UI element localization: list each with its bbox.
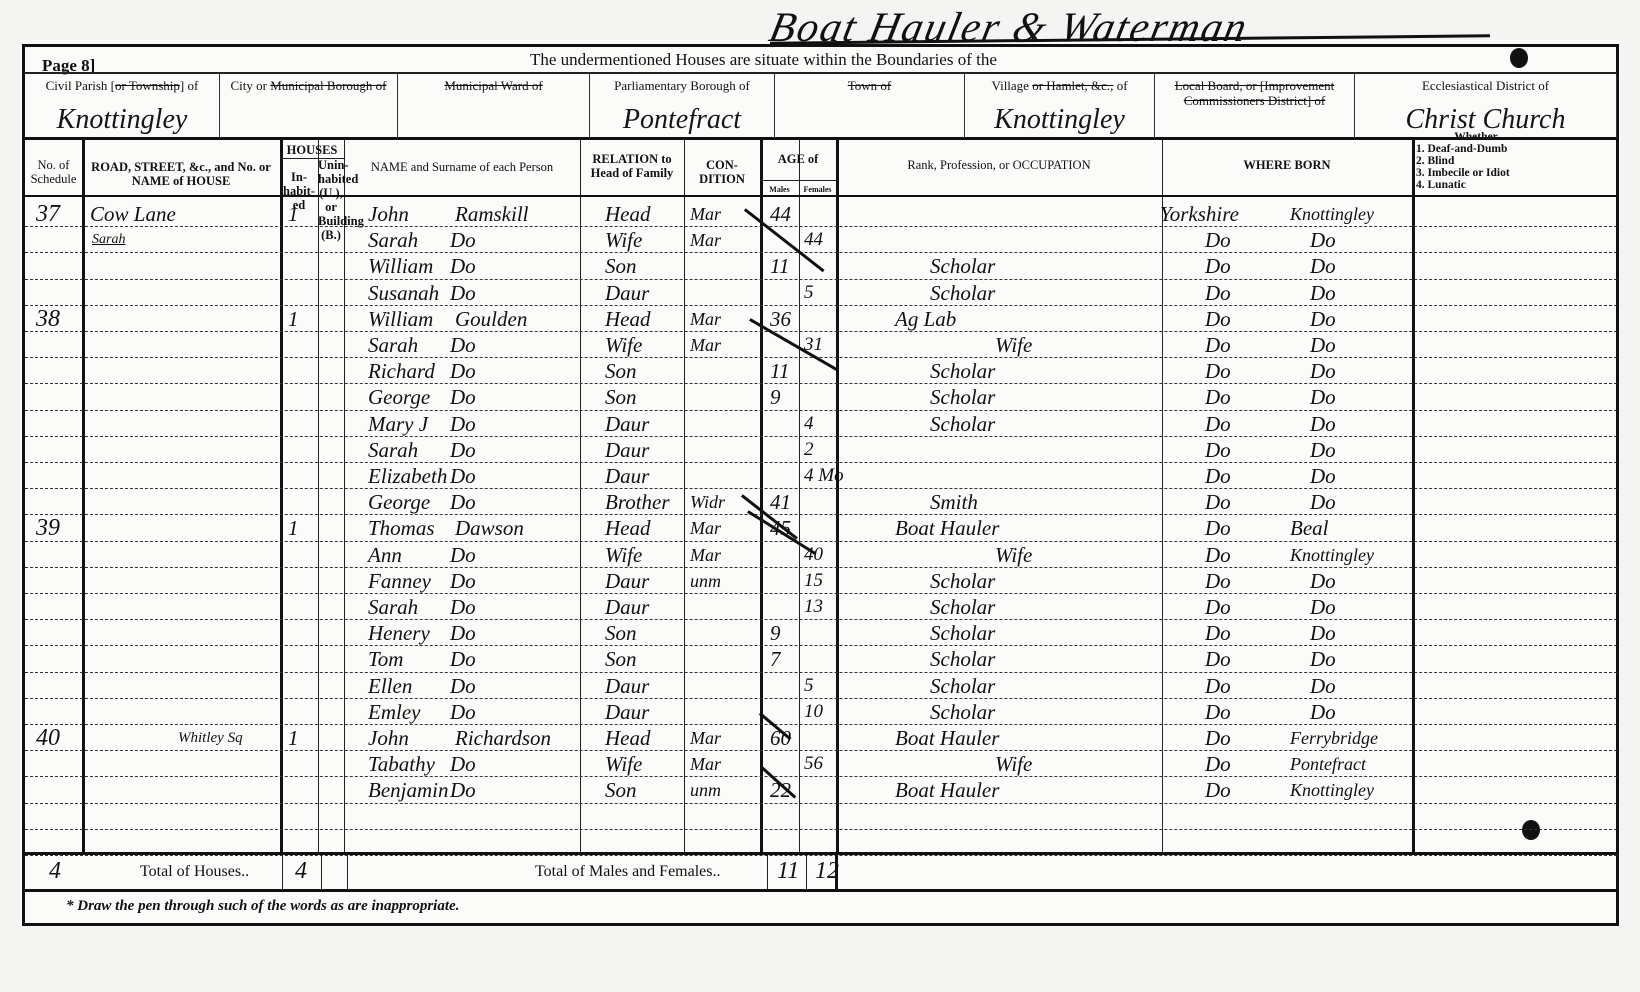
col-header-schedule: No. of Schedule	[25, 158, 82, 186]
cell-surname: Goulden	[455, 307, 527, 331]
cell-age-male: 11	[770, 359, 789, 383]
cell-age-male: 36	[770, 307, 791, 331]
cell-first-name: Tabathy	[368, 752, 435, 776]
row-rule	[25, 226, 1617, 227]
cell-age-female: 44	[804, 228, 823, 252]
cell-surname: Do	[450, 438, 476, 462]
cell-occupation: Boat Hauler	[895, 778, 999, 802]
cell-born-place: Ferrybridge	[1290, 726, 1378, 750]
totals-divider	[347, 855, 348, 889]
cell-surname: Do	[450, 569, 476, 593]
struck-text: Local Board, or [Improvement Commissione…	[1175, 78, 1335, 108]
cell-relation: Son	[605, 359, 637, 383]
row-rule	[25, 410, 1617, 411]
column-rule	[280, 140, 283, 852]
cell-born-county: Do	[1205, 778, 1231, 802]
cell-born-place: Knottingley	[1290, 778, 1374, 802]
cell-first-name: Tom	[368, 647, 403, 671]
boundary-label: Municipal Ward of	[398, 74, 589, 93]
cell-first-name: Sarah	[368, 228, 418, 252]
cell-born-county: Do	[1205, 543, 1231, 567]
boundary-label: City or Municipal Borough of	[220, 74, 397, 93]
cell-first-name: Mary J	[368, 412, 428, 436]
boundaries-row: Civil Parish [or Township] ofKnottingley…	[25, 72, 1617, 140]
cell-born-county: Do	[1205, 726, 1231, 750]
cell-born-place: Do	[1310, 621, 1336, 645]
cell-inhabited: 1	[288, 726, 299, 750]
cell-born-county: Do	[1205, 621, 1231, 645]
cell-condition: Mar	[690, 228, 721, 252]
cell-relation: Head	[605, 202, 651, 226]
totals-divider	[806, 855, 807, 889]
cell-first-name: Ann	[368, 543, 402, 567]
footnote: * Draw the pen through such of the words…	[66, 898, 459, 915]
cell-born-place: Knottingley	[1290, 543, 1374, 567]
boundary-cell: Civil Parish [or Township] ofKnottingley	[25, 74, 220, 138]
cell-born-place: Do	[1310, 490, 1336, 514]
cell-occupation: Scholar	[930, 254, 995, 278]
infirmity-item: 4. Lunatic	[1416, 179, 1616, 191]
col-header-houses: HOUSES	[280, 143, 344, 157]
cell-inhabited: 1	[288, 307, 299, 331]
column-rule	[836, 140, 839, 852]
cell-surname: Do	[450, 778, 476, 802]
cell-born-place: Do	[1310, 569, 1336, 593]
cell-schedule: 37	[36, 202, 60, 226]
row-rule	[25, 279, 1617, 280]
boundary-label: Town of	[775, 74, 964, 93]
cell-age-male: 9	[770, 385, 781, 409]
cell-first-name: John	[368, 726, 409, 750]
cell-born-place: Do	[1310, 359, 1336, 383]
totals-divider	[282, 855, 283, 889]
struck-text: Municipal Borough of	[270, 78, 386, 93]
cell-born-county: Do	[1205, 490, 1231, 514]
cell-age-female: 4	[804, 412, 814, 436]
row-rule	[25, 593, 1617, 594]
cell-relation: Daur	[605, 412, 649, 436]
row-rule	[25, 541, 1617, 542]
row-rule	[25, 645, 1617, 646]
cell-first-name: Benjamin	[368, 778, 448, 802]
boundaries-banner: The undermentioned Houses are situate wi…	[530, 50, 997, 70]
cell-born-county: Do	[1205, 359, 1231, 383]
column-rule	[799, 140, 800, 852]
total-persons-label: Total of Males and Females..	[535, 863, 721, 881]
cell-surname: Do	[450, 752, 476, 776]
cell-first-name: Ellen	[368, 674, 412, 698]
cell-born-county: Do	[1205, 464, 1231, 488]
cell-condition: Mar	[690, 516, 721, 540]
cell-born-county: Do	[1205, 674, 1231, 698]
cell-condition: Mar	[690, 726, 721, 750]
cell-first-name: George	[368, 490, 430, 514]
cell-born-place: Knottingley	[1290, 202, 1374, 226]
cell-condition: Mar	[690, 752, 721, 776]
cell-relation: Daur	[605, 595, 649, 619]
boundary-cell: Ecclesiastical District ofChrist Church	[1355, 74, 1617, 138]
cell-born-place: Beal	[1290, 516, 1328, 540]
cell-condition: Mar	[690, 202, 721, 226]
cell-born-county: Do	[1205, 385, 1231, 409]
cell-condition: unm	[690, 778, 721, 802]
col-header-relation: RELATION to Head of Family	[580, 152, 684, 180]
cell-age-male: 7	[770, 647, 781, 671]
boundary-value: Knottingley	[965, 104, 1154, 136]
cell-surname: Do	[450, 700, 476, 724]
boundary-label: Local Board, or [Improvement Commissione…	[1155, 74, 1354, 108]
cell-surname: Do	[450, 333, 476, 357]
cell-surname: Do	[450, 595, 476, 619]
row-rule	[25, 305, 1617, 306]
row-rule	[25, 383, 1617, 384]
row-rule	[25, 331, 1617, 332]
cell-born-county: Do	[1205, 438, 1231, 462]
cell-relation: Head	[605, 307, 651, 331]
row-rule	[25, 776, 1617, 777]
total-houses: 4	[295, 859, 307, 883]
boundary-cell: City or Municipal Borough of	[220, 74, 398, 138]
cell-surname: Do	[450, 621, 476, 645]
totals-divider	[835, 855, 838, 889]
cell-born-place: Do	[1310, 647, 1336, 671]
cell-relation: Head	[605, 726, 651, 750]
row-rule	[25, 567, 1617, 568]
boundary-cell: Local Board, or [Improvement Commissione…	[1155, 74, 1355, 138]
boundary-cell: Parliamentary Borough ofPontefract	[590, 74, 775, 138]
cell-surname: Ramskill	[455, 202, 529, 226]
cell-born-county: Do	[1205, 228, 1231, 252]
cell-age-female: 13	[804, 595, 823, 619]
row-rule	[25, 750, 1617, 751]
cell-born-place: Do	[1310, 700, 1336, 724]
total-houses-label: Total of Houses..	[140, 863, 249, 881]
cell-first-name: Sarah	[368, 333, 418, 357]
boundary-label: Parliamentary Borough of	[590, 74, 774, 93]
header-rule	[25, 195, 1617, 197]
cell-occupation: Scholar	[930, 412, 995, 436]
cell-condition: Widr	[690, 490, 725, 514]
infirmity-item: 2. Blind	[1416, 155, 1616, 167]
column-rule	[344, 140, 345, 852]
cell-age-male: 9	[770, 621, 781, 645]
row-rule	[25, 252, 1617, 253]
cell-occupation: Scholar	[930, 281, 995, 305]
cell-first-name: William	[368, 307, 433, 331]
cell-occupation: Ag Lab	[895, 307, 956, 331]
cell-occupation: Boat Hauler	[895, 516, 999, 540]
cell-occupation: Scholar	[930, 674, 995, 698]
cell-relation: Wife	[605, 752, 642, 776]
col-header-occupation: Rank, Profession, or OCCUPATION	[836, 158, 1162, 172]
cell-occupation: Scholar	[930, 647, 995, 671]
cell-relation: Wife	[605, 333, 642, 357]
cell-inhabited: 1	[288, 202, 299, 226]
cell-surname: Richardson	[455, 726, 551, 750]
cell-surname: Do	[450, 647, 476, 671]
row-rule	[25, 619, 1617, 620]
cell-born-place: Pontefract	[1290, 752, 1366, 776]
cell-first-name: Henery	[368, 621, 430, 645]
cell-surname: Do	[450, 281, 476, 305]
cell-age-female: 56	[804, 752, 823, 776]
totals-divider	[321, 855, 322, 889]
cell-born-county: Do	[1205, 307, 1231, 331]
cell-occupation: Wife	[995, 752, 1032, 776]
cell-age-female: 5	[804, 674, 814, 698]
cell-relation: Son	[605, 385, 637, 409]
cell-relation: Wife	[605, 228, 642, 252]
total-males: 11	[777, 859, 799, 883]
boundary-value: Knottingley	[25, 104, 219, 136]
cell-surname: Do	[450, 674, 476, 698]
cell-relation: Daur	[605, 674, 649, 698]
infirmity-item: 1. Deaf-and-Dumb	[1416, 143, 1616, 155]
col-header-name: NAME and Surname of each Person	[344, 160, 580, 174]
cell-relation: Daur	[605, 700, 649, 724]
cell-born-place: Do	[1310, 254, 1336, 278]
row-rule	[25, 462, 1617, 463]
cell-first-name: William	[368, 254, 433, 278]
cell-first-name: Susanah	[368, 281, 439, 305]
cell-surname: Do	[450, 254, 476, 278]
cell-relation: Daur	[605, 569, 649, 593]
cell-age-female: 15	[804, 569, 823, 593]
cell-schedule: 39	[36, 516, 60, 540]
cell-born-place: Do	[1310, 674, 1336, 698]
cell-relation: Son	[605, 647, 637, 671]
column-rule	[760, 140, 763, 852]
cell-born-county: Do	[1205, 333, 1231, 357]
col-header-road: ROAD, STREET, &c., and No. or NAME of HO…	[82, 160, 280, 188]
infirmity-whether: Whether	[1416, 131, 1536, 143]
boundary-value: Pontefract	[590, 104, 774, 136]
infirmity-item: 3. Imbecile or Idiot	[1416, 167, 1616, 179]
row-rule	[25, 698, 1617, 699]
row-rule	[25, 672, 1617, 673]
cell-born-place: Do	[1310, 595, 1336, 619]
cell-condition: Mar	[690, 307, 721, 331]
col-header-where-born: WHERE BORN	[1162, 158, 1412, 172]
cell-age-female: 4 Mo	[804, 464, 844, 488]
cell-occupation: Wife	[995, 543, 1032, 567]
cell-born-place: Do	[1310, 464, 1336, 488]
totals-row: 4 Total of Houses.. 4 Total of Males and…	[25, 852, 1617, 892]
cell-occupation: Wife	[995, 333, 1032, 357]
cell-occupation: Smith	[930, 490, 978, 514]
cell-relation: Daur	[605, 464, 649, 488]
cell-born-county: Do	[1205, 516, 1231, 540]
col-header-inhabited: In-habit-ed	[280, 170, 318, 212]
cell-born-place: Do	[1310, 307, 1336, 331]
cell-first-name: George	[368, 385, 430, 409]
cell-surname: Do	[450, 228, 476, 252]
row-rule	[25, 829, 1617, 830]
cell-inhabited: 1	[288, 516, 299, 540]
cell-condition: Mar	[690, 333, 721, 357]
cell-condition: Mar	[690, 543, 721, 567]
cell-age-female: 5	[804, 281, 814, 305]
boundary-cell: Town of	[775, 74, 965, 138]
cell-relation: Son	[605, 778, 637, 802]
column-rule	[684, 140, 685, 852]
cell-schedule: 40	[36, 726, 60, 750]
cell-born-county: Do	[1205, 595, 1231, 619]
cell-age-male: 44	[770, 202, 791, 226]
cell-born-county: Do	[1205, 281, 1231, 305]
cell-surname: Do	[450, 412, 476, 436]
cell-occupation: Scholar	[930, 700, 995, 724]
binding-hole-bottom	[1522, 820, 1540, 840]
row-rule	[25, 436, 1617, 437]
boundary-cell: Municipal Ward of	[398, 74, 590, 138]
cell-relation: Head	[605, 516, 651, 540]
cell-age-female: 10	[804, 700, 823, 724]
cell-first-name: Thomas	[368, 516, 435, 540]
cell-schedule: 38	[36, 307, 60, 331]
cell-relation: Brother	[605, 490, 670, 514]
cell-surname: Do	[450, 490, 476, 514]
cell-born-place: Do	[1310, 281, 1336, 305]
row-rule	[25, 724, 1617, 725]
cell-relation: Wife	[605, 543, 642, 567]
enumerator-annotation: Boat Hauler & Waterman	[765, 4, 1253, 52]
struck-text: Municipal Ward of	[444, 78, 542, 93]
cell-born-county: Do	[1205, 647, 1231, 671]
cell-road: Whitley Sq	[178, 726, 243, 750]
cell-first-name: Fanney	[368, 569, 431, 593]
cell-surname: Do	[450, 543, 476, 567]
cell-occupation: Scholar	[930, 621, 995, 645]
row-rule	[25, 514, 1617, 515]
cell-relation: Daur	[605, 281, 649, 305]
column-rule	[82, 140, 85, 852]
column-rule	[1162, 140, 1163, 852]
struck-text: or Hamlet, &c.,	[1032, 78, 1113, 93]
struck-text: Town of	[848, 78, 892, 93]
cell-first-name: Richard	[368, 359, 435, 383]
boundary-label: Civil Parish [or Township] of	[25, 74, 219, 93]
cell-occupation: Boat Hauler	[895, 726, 999, 750]
cell-first-name: Elizabeth	[368, 464, 447, 488]
age-subheader-rule	[760, 180, 836, 181]
cell-born-place: Do	[1310, 385, 1336, 409]
cell-relation: Daur	[605, 438, 649, 462]
cell-road: Cow Lane	[90, 202, 176, 226]
totals-divider	[767, 855, 768, 889]
row-rule	[25, 803, 1617, 804]
cell-condition: unm	[690, 569, 721, 593]
col-header-age: AGE of	[760, 152, 836, 166]
cell-road: Sarah	[92, 228, 125, 252]
column-rule	[1412, 140, 1415, 852]
col-header-infirmities: Whether1. Deaf-and-Dumb2. Blind3. Imbeci…	[1416, 131, 1616, 191]
cell-surname: Do	[450, 359, 476, 383]
cell-born-county: Do	[1205, 752, 1231, 776]
cell-relation: Son	[605, 621, 637, 645]
boundary-cell: Village or Hamlet, &c., ofKnottingley	[965, 74, 1155, 138]
houses-subheader-rule	[280, 158, 344, 159]
column-rule	[318, 140, 319, 852]
cell-occupation: Scholar	[930, 595, 995, 619]
cell-born-place: Do	[1310, 228, 1336, 252]
cell-occupation: Scholar	[930, 569, 995, 593]
cell-born-place: Do	[1310, 333, 1336, 357]
cell-first-name: Emley	[368, 700, 420, 724]
cell-born-county: Do	[1205, 254, 1231, 278]
cell-born-place: Do	[1310, 412, 1336, 436]
cell-born-county: Do	[1205, 412, 1231, 436]
boundary-label: Ecclesiastical District of	[1355, 74, 1616, 93]
col-header-uninhabited: Unin-habited (U.), or Building (B.)	[318, 158, 344, 242]
cell-born-place: Do	[1310, 438, 1336, 462]
cell-first-name: Sarah	[368, 438, 418, 462]
cell-first-name: Sarah	[368, 595, 418, 619]
cell-age-male: 11	[770, 254, 789, 278]
cell-born-county: Do	[1205, 569, 1231, 593]
cell-born-county: Do	[1205, 700, 1231, 724]
boundary-label: Village or Hamlet, &c., of	[965, 74, 1154, 93]
cell-born-county: Yorkshire	[1160, 202, 1239, 226]
cell-age-female: 2	[804, 438, 814, 462]
cell-age-male: 41	[770, 490, 791, 514]
total-schedules: 4	[49, 859, 61, 883]
row-rule	[25, 488, 1617, 489]
column-rule	[580, 140, 581, 852]
cell-relation: Son	[605, 254, 637, 278]
cell-surname: Dawson	[455, 516, 524, 540]
cell-surname: Do	[450, 464, 476, 488]
struck-text: or Township	[115, 78, 180, 93]
cell-surname: Do	[450, 385, 476, 409]
binding-hole-top	[1510, 48, 1528, 68]
cell-occupation: Scholar	[930, 359, 995, 383]
cell-occupation: Scholar	[930, 385, 995, 409]
col-header-condition: CON-DITION	[684, 158, 760, 186]
cell-first-name: John	[368, 202, 409, 226]
